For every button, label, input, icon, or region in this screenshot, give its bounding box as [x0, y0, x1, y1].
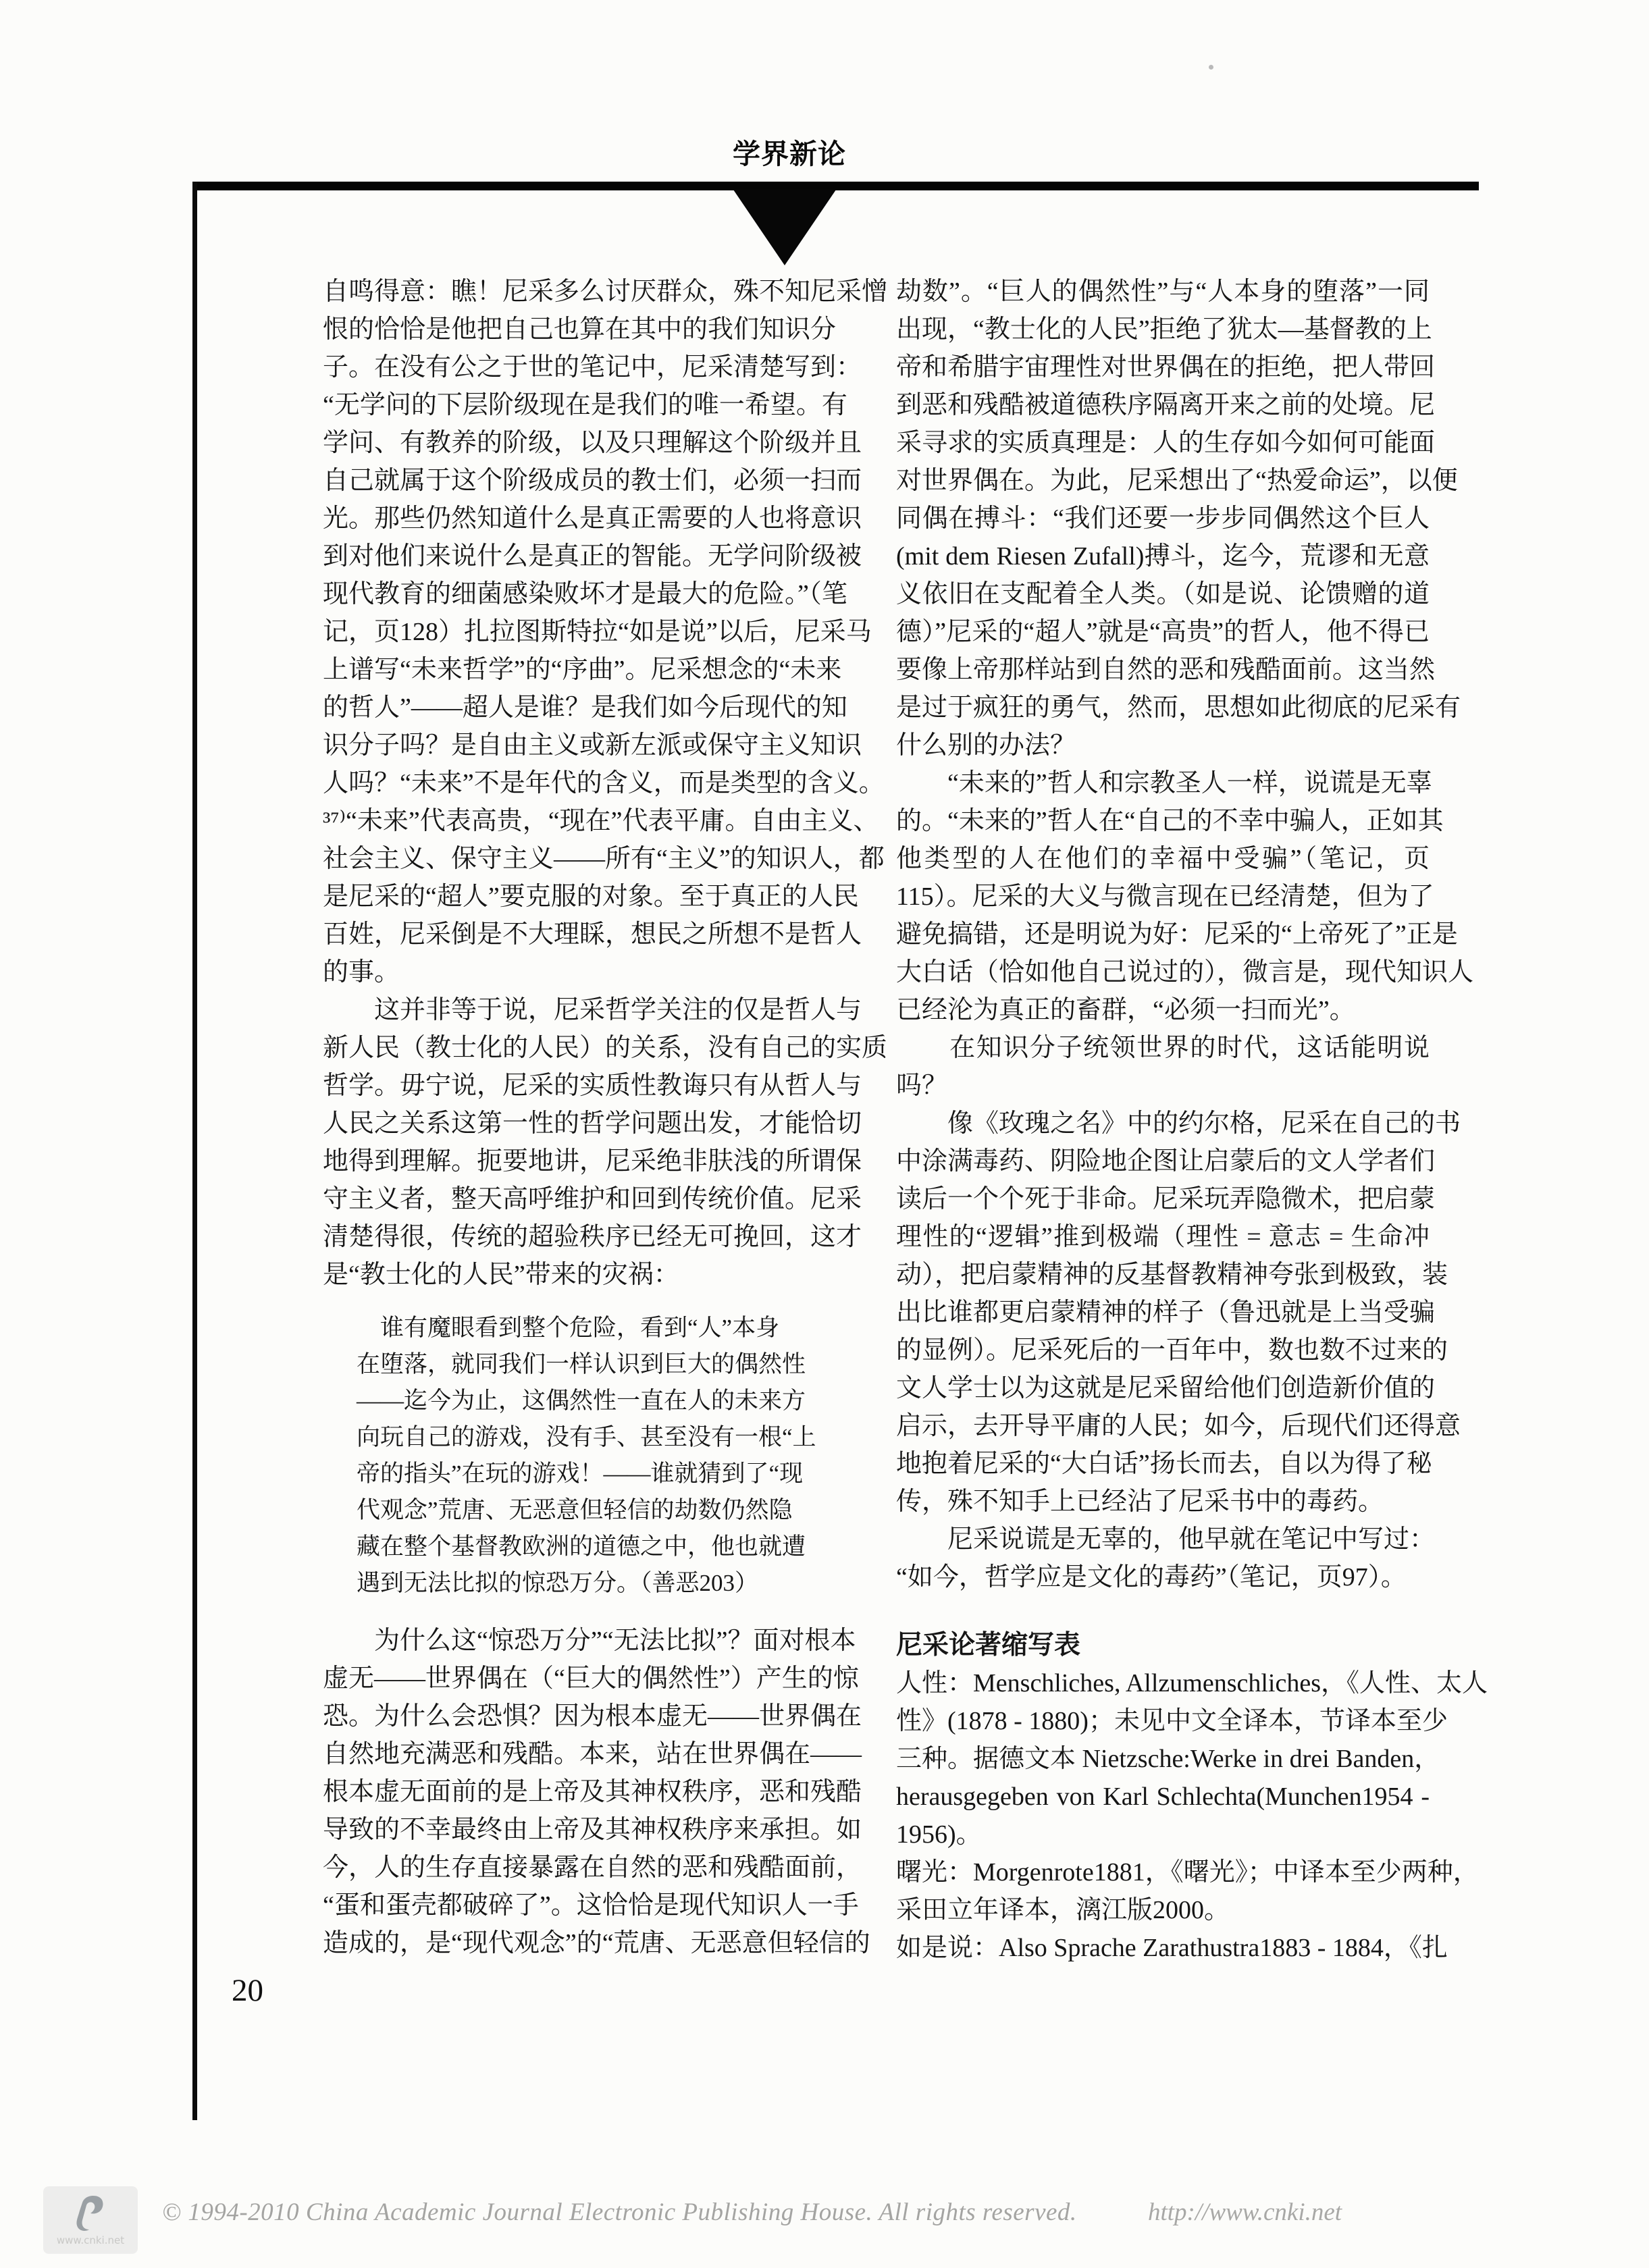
text-line: 传，殊不知手上已经沾了尼采书中的毒药。 [896, 1483, 1430, 1521]
text-line: 的显例）。尼采死后的一百年中，数也数不过来的 [896, 1331, 1430, 1369]
text-line: 文人学士以为这就是尼采留给他们创造新价值的 [896, 1369, 1430, 1407]
text-line: 读后一个个死于非命。尼采玩弄隐微术，把启蒙 [896, 1180, 1430, 1218]
text-line: “未来的”哲人和宗教圣人一样，说谎是无辜 [896, 764, 1430, 802]
text-line: 性》(1878 - 1880)；未见中文全译本，节译本至少 [896, 1702, 1430, 1740]
text-line: 德）”尼采的“超人”就是“高贵”的哲人，他不得已 [896, 613, 1430, 651]
text-line: 劫数”。“巨人的偶然性”与“人本身的堕落”一同 [896, 273, 1430, 311]
text-line: 自鸣得意：瞧！尼采多么讨厌群众，殊不知尼采憎 [323, 273, 804, 311]
text-line: 大白话（恰如他自己说过的），微言是，现代知识人 [896, 953, 1430, 991]
text-line: 理性的“逻辑”推到极端（理性 = 意志 = 生命冲 [896, 1218, 1430, 1256]
text-line: 自己就属于这个阶级成员的教士们，必须一扫而 [323, 462, 804, 500]
text-line: 曙光：Morgenrote1881，《曙光》；中译本至少两种， [896, 1853, 1430, 1891]
text-line: 出现，“教士化的人民”拒绝了犹太—基督教的上 [896, 311, 1430, 348]
text-line: 自然地充满恶和残酷。本来，站在世界偶在—— [323, 1735, 804, 1773]
scan-speck [1209, 65, 1213, 70]
text-line: 对世界偶在。为此，尼采想出了“热爱命运”，以便 [896, 462, 1430, 500]
text-line: ——迄今为止，这偶然性一直在人的未来方 [357, 1383, 753, 1419]
text-line: 藏在整个基督教欧洲的道德之中，他也就遭 [357, 1529, 753, 1565]
text-line: 帝和希腊宇宙理性对世界偶在的拒绝，把人带回 [896, 348, 1430, 386]
text-line: 根本虚无面前的是上帝及其神权秩序，恶和残酷 [323, 1773, 804, 1811]
text-line: 遇到无法比拟的惊恐万分。（善恶203） [357, 1565, 753, 1602]
text-line: 帝的指头”在玩的游戏！——谁就猜到了“现 [357, 1456, 753, 1492]
text-line: 新人民（教士化的人民）的关系，没有自己的实质 [323, 1029, 804, 1067]
text-line: 代观念”荒唐、无恶意但轻信的劫数仍然隐 [357, 1492, 753, 1529]
text-line: 为什么这“惊恐万分”“无法比拟”？面对根本 [323, 1622, 804, 1660]
footer-url: http://www.cnki.net [1148, 2198, 1342, 2227]
text-line: 到恶和残酷被道德秩序隔离开来之前的处境。尼 [896, 386, 1430, 424]
text-line: 上谱写“未来哲学”的“序曲”。尼采想念的“未来 [323, 651, 804, 689]
text-line: 谁有魔眼看到整个危险，看到“人”本身 [357, 1310, 753, 1346]
text-line: herausgegeben von Karl Schlechta(Munchen… [896, 1778, 1430, 1816]
copyright-text: © 1994-2010 China Academic Journal Elect… [162, 2198, 1077, 2227]
scanned-journal-page: 学界新论 自鸣得意：瞧！尼采多么讨厌群众，殊不知尼采憎恨的恰恰是他把自己也算在其… [0, 0, 1649, 2268]
text-line: 的事。 [323, 953, 804, 991]
text-line: 是“教士化的人民”带来的灾祸： [323, 1256, 804, 1294]
triangle-ornament-icon [733, 190, 836, 265]
cnki-swirl-icon [72, 2193, 109, 2235]
text-line: 光。那些仍然知道什么是真正需要的人也将意识 [323, 500, 804, 537]
text-line: 这并非等于说，尼采哲学关注的仅是哲人与 [323, 991, 804, 1029]
text-line: 是过于疯狂的勇气，然而，思想如此彻底的尼采有 [896, 689, 1430, 727]
left-column: 自鸣得意：瞧！尼采多么讨厌群众，殊不知尼采憎恨的恰恰是他把自己也算在其中的我们知… [323, 273, 804, 1962]
text-line: 造成的，是“现代观念”的“荒唐、无恶意但轻信的 [323, 1924, 804, 1962]
text-line: 如是说：Also Sprache Zarathustra1883 - 1884，… [896, 1929, 1430, 1967]
text-line: 识分子吗？是自由主义或新左派或保守主义知识 [323, 727, 804, 764]
text-line: 三种。据德文本 Nietzsche:Werke in drei Banden， [896, 1740, 1430, 1778]
text-line: 避免搞错，还是明说为好：尼采的“上帝死了”正是 [896, 916, 1430, 953]
text-line: 人民之关系这第一性的哲学问题出发，才能恰切 [323, 1105, 804, 1142]
text-line: 今，人的生存直接暴露在自然的恶和残酷面前， [323, 1849, 804, 1887]
right-column-paragraphs: 劫数”。“巨人的偶然性”与“人本身的堕落”一同出现，“教士化的人民”拒绝了犹太—… [896, 273, 1430, 1596]
text-line: 的哲人”——超人是谁？是我们如今后现代的知 [323, 689, 804, 727]
left-column-paragraphs-2: 为什么这“惊恐万分”“无法比拟”？面对根本虚无——世界偶在（“巨大的偶然性”）产… [323, 1622, 804, 1962]
text-line: 的。“未来的”哲人在“自己的不幸中骗人，正如其 [896, 802, 1430, 840]
text-line: 出比谁都更启蒙精神的样子（鲁迅就是上当受骗 [896, 1294, 1430, 1331]
text-line: 吗？ [896, 1067, 1430, 1105]
left-column-paragraphs-1: 自鸣得意：瞧！尼采多么讨厌群众，殊不知尼采憎恨的恰恰是他把自己也算在其中的我们知… [323, 273, 804, 1294]
text-line: 地得到理解。扼要地讲，尼采绝非肤浅的所谓保 [323, 1142, 804, 1180]
text-line: 子。在没有公之于世的笔记中，尼采清楚写到： [323, 348, 804, 386]
text-line: 同偶在搏斗：“我们还要一步步同偶然这个巨人 [896, 500, 1430, 537]
text-line: 哲学。毋宁说，尼采的实质性教诲只有从哲人与 [323, 1067, 804, 1105]
text-line: 学问、有教养的阶级，以及只理解这个阶级并且 [323, 424, 804, 462]
bibliography-heading: 尼采论著缩写表 [896, 1627, 1430, 1664]
text-line: 百姓，尼采倒是不大理睬，想民之所想不是哲人 [323, 916, 804, 953]
bibliography-section: 尼采论著缩写表 人性：Menschliches, Allzumenschlich… [896, 1627, 1430, 1967]
text-line: 在堕落，就同我们一样认识到巨大的偶然性 [357, 1346, 753, 1383]
text-line: 启示，去开导平庸的人民；如今，后现代们还得意 [896, 1407, 1430, 1445]
text-line: 恐。为什么会恐惧？因为根本虚无——世界偶在 [323, 1697, 804, 1735]
text-line: 115）。尼采的大义与微言现在已经清楚，但为了 [896, 878, 1430, 916]
cnki-logo: www.cnki.net [43, 2186, 138, 2254]
text-line: 是尼采的“超人”要克服的对象。至于真正的人民 [323, 878, 804, 916]
bibliography-entries: 人性：Menschliches, Allzumenschliches，《人性、太… [896, 1664, 1430, 1967]
text-line: 人性：Menschliches, Allzumenschliches，《人性、太… [896, 1664, 1430, 1702]
right-column: 劫数”。“巨人的偶然性”与“人本身的堕落”一同出现，“教士化的人民”拒绝了犹太—… [896, 273, 1430, 1967]
text-line: 记，页128）扎拉图斯特拉“如是说”以后，尼采马 [323, 613, 804, 651]
text-line: 1956)。 [896, 1816, 1430, 1853]
text-line: 守主义者，整天高呼维护和回到传统价值。尼采 [323, 1180, 804, 1218]
text-line: 到对他们来说什么是真正的智能。无学问阶级被 [323, 537, 804, 575]
text-line: ³⁷⁾“未来”代表高贵，“现在”代表平庸。自由主义、 [323, 802, 804, 840]
text-line: 已经沦为真正的畜群，“必须一扫而光”。 [896, 991, 1430, 1029]
text-line: 导致的不幸最终由上帝及其神权秩序来承担。如 [323, 1811, 804, 1849]
text-line: 义依旧在支配着全人类。（如是说、论馈赠的道 [896, 575, 1430, 613]
text-line: 虚无——世界偶在（“巨大的偶然性”）产生的惊 [323, 1660, 804, 1697]
text-line: 像《玫瑰之名》中的约尔格，尼采在自己的书 [896, 1105, 1430, 1142]
text-line: “如今，哲学应是文化的毒药”（笔记，页97）。 [896, 1558, 1430, 1596]
text-line: 采寻求的实质真理是：人的生存如今如何可能面 [896, 424, 1430, 462]
text-line: (mit dem Riesen Zufall)搏斗，迄今，荒谬和无意 [896, 537, 1430, 575]
page-title: 学界新论 [733, 134, 841, 176]
text-line: 什么别的办法？ [896, 727, 1430, 764]
text-line: 清楚得很，传统的超验秩序已经无可挽回，这才 [323, 1218, 804, 1256]
blockquote: 谁有魔眼看到整个危险，看到“人”本身在堕落，就同我们一样认识到巨大的偶然性——迄… [357, 1310, 753, 1602]
text-line: 动），把启蒙精神的反基督教精神夸张到极致，装 [896, 1256, 1430, 1294]
text-line: “无学问的下层阶级现在是我们的唯一希望。有 [323, 386, 804, 424]
page-number: 20 [232, 1973, 263, 2008]
text-line: 人吗？“未来”不是年代的含义，而是类型的含义。 [323, 764, 804, 802]
text-line: 地抱着尼采的“大白话”扬长而去，自以为得了秘 [896, 1445, 1430, 1483]
text-line: 向玩自己的游戏，没有手、甚至没有一根“上 [357, 1419, 753, 1456]
text-line: 在知识分子统领世界的时代，这话能明说 [896, 1029, 1430, 1067]
text-line: 他类型的人在他们的幸福中受骗”（笔记，页 [896, 840, 1430, 878]
left-border-line [192, 182, 197, 2120]
text-line: “蛋和蛋壳都破碎了”。这恰恰是现代知识人一手 [323, 1887, 804, 1924]
text-line: 尼采说谎是无辜的，他早就在笔记中写过： [896, 1521, 1430, 1558]
text-line: 采田立年译本，漓江版2000。 [896, 1891, 1430, 1929]
text-line: 恨的恰恰是他把自己也算在其中的我们知识分 [323, 311, 804, 348]
text-line: 中涂满毒药、阴险地企图让启蒙后的文人学者们 [896, 1142, 1430, 1180]
text-line: 社会主义、保守主义——所有“主义”的知识人，都 [323, 840, 804, 878]
text-line: 现代教育的细菌感染败坏才是最大的危险。”（笔 [323, 575, 804, 613]
cnki-logo-caption: www.cnki.net [43, 2235, 138, 2246]
text-line: 要像上帝那样站到自然的恶和残酷面前。这当然 [896, 651, 1430, 689]
